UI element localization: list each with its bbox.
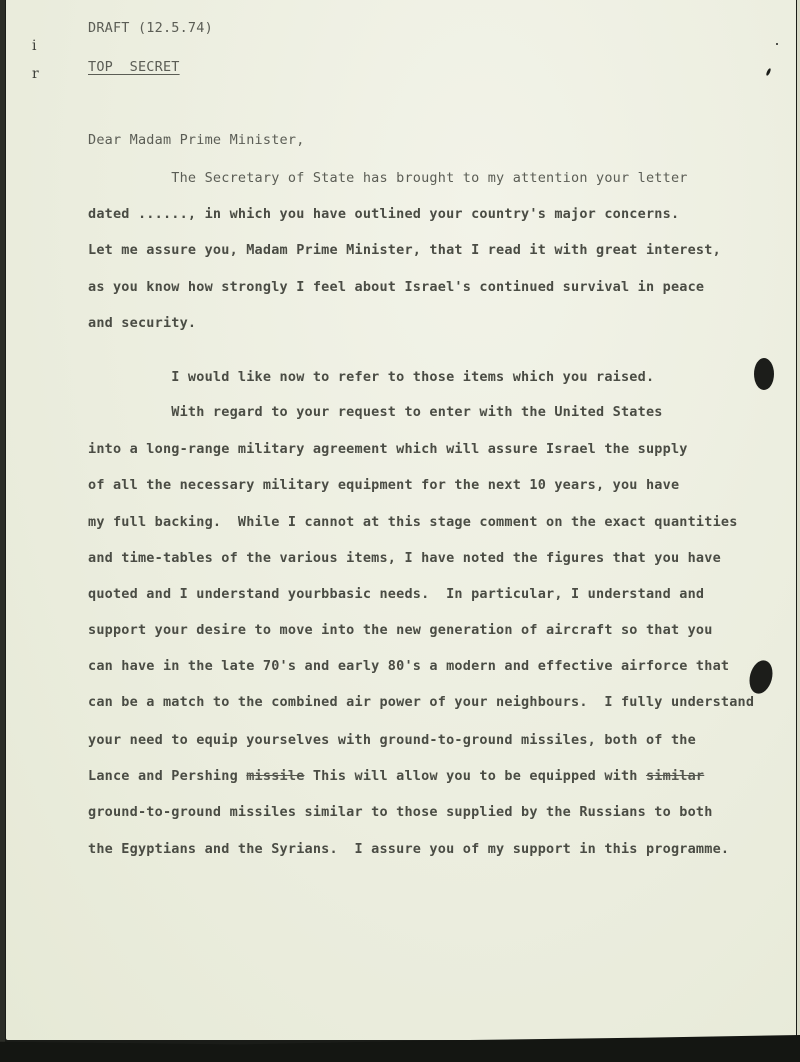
body-line: as you know how strongly I feel about Is…	[88, 279, 704, 295]
struck-word: missile	[246, 768, 304, 784]
classification-label: TOP SECRET	[88, 59, 180, 75]
salutation: Dear Madam Prime Minister,	[88, 132, 305, 148]
margin-mark-top: i	[32, 38, 36, 54]
body-line: my full backing. While I cannot at this …	[88, 514, 738, 530]
lance-text-after: This will allow you to be equipped with	[305, 768, 646, 784]
body-line: The Secretary of State has brought to my…	[88, 170, 688, 186]
draft-label: DRAFT (12.5.74)	[88, 20, 213, 36]
struck-word-2: similar	[646, 768, 704, 784]
body-line: ground-to-ground missiles similar to tho…	[88, 804, 713, 820]
body-line: support your desire to move into the new…	[88, 622, 713, 638]
body-line: With regard to your request to enter wit…	[88, 404, 663, 420]
body-line: and time-tables of the various items, I …	[88, 550, 721, 566]
body-line: dated ......, in which you have outlined…	[88, 206, 679, 222]
speck-mark	[776, 43, 778, 45]
body-line: the Egyptians and the Syrians. I assure …	[88, 841, 729, 857]
body-line: can have in the late 70's and early 80's…	[88, 658, 729, 674]
body-line: and security.	[88, 315, 196, 331]
margin-mark-bottom: r	[32, 66, 39, 82]
body-line: can be a match to the combined air power…	[88, 694, 754, 710]
scan-left-border	[0, 0, 5, 1045]
body-line: of all the necessary military equipment …	[88, 477, 679, 493]
body-line: into a long-range military agreement whi…	[88, 441, 688, 457]
body-line: your need to equip yourselves with groun…	[88, 732, 696, 748]
body-line: I would like now to refer to those items…	[88, 369, 654, 385]
hole-punch-mark	[754, 358, 774, 390]
lance-text-before: Lance and Pershing	[88, 768, 246, 784]
body-line: Let me assure you, Madam Prime Minister,…	[88, 242, 721, 258]
body-line-lance: Lance and Pershing missile This will all…	[88, 768, 704, 784]
body-line: quoted and I understand yourbbasic needs…	[88, 586, 704, 602]
